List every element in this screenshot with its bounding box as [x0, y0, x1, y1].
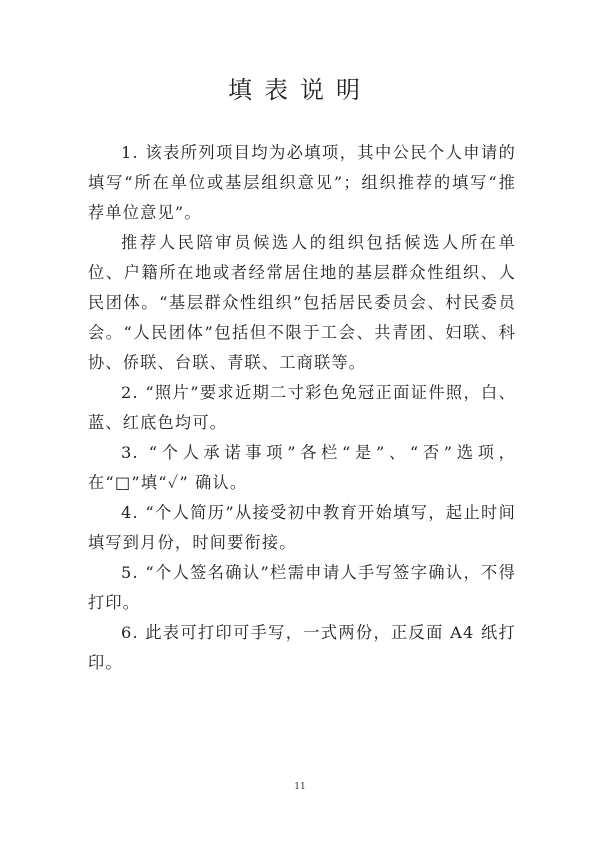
- instruction-2: 2. “照片”要求近期二寸彩色免冠正面证件照，白、蓝、红底色均可。: [88, 378, 516, 438]
- instruction-3: 3. “个人承诺事项”各栏“是”、“否”选项，在“□”填“✓” 确认。: [88, 438, 516, 498]
- instruction-5: 5. “个人签名确认”栏需申请人手写签字确认，不得打印。: [88, 558, 516, 618]
- page-title: 填表说明: [0, 70, 600, 105]
- page-number: 11: [0, 782, 600, 792]
- instruction-1: 1. 该表所列项目均为必填项，其中公民个人申请的填写“所在单位或基层组织意见”；…: [88, 138, 516, 228]
- instruction-1-supplement: 推荐人民陪审员候选人的组织包括候选人所在单位、户籍所在地或者经常居住地的基层群众…: [88, 228, 516, 378]
- instruction-4: 4. “个人简历”从接受初中教育开始填写，起止时间填写到月份，时间要衔接。: [88, 498, 516, 558]
- instruction-6: 6. 此表可打印可手写，一式两份，正反面 A4 纸打印。: [88, 618, 516, 678]
- instructions-body: 1. 该表所列项目均为必填项，其中公民个人申请的填写“所在单位或基层组织意见”；…: [88, 138, 516, 678]
